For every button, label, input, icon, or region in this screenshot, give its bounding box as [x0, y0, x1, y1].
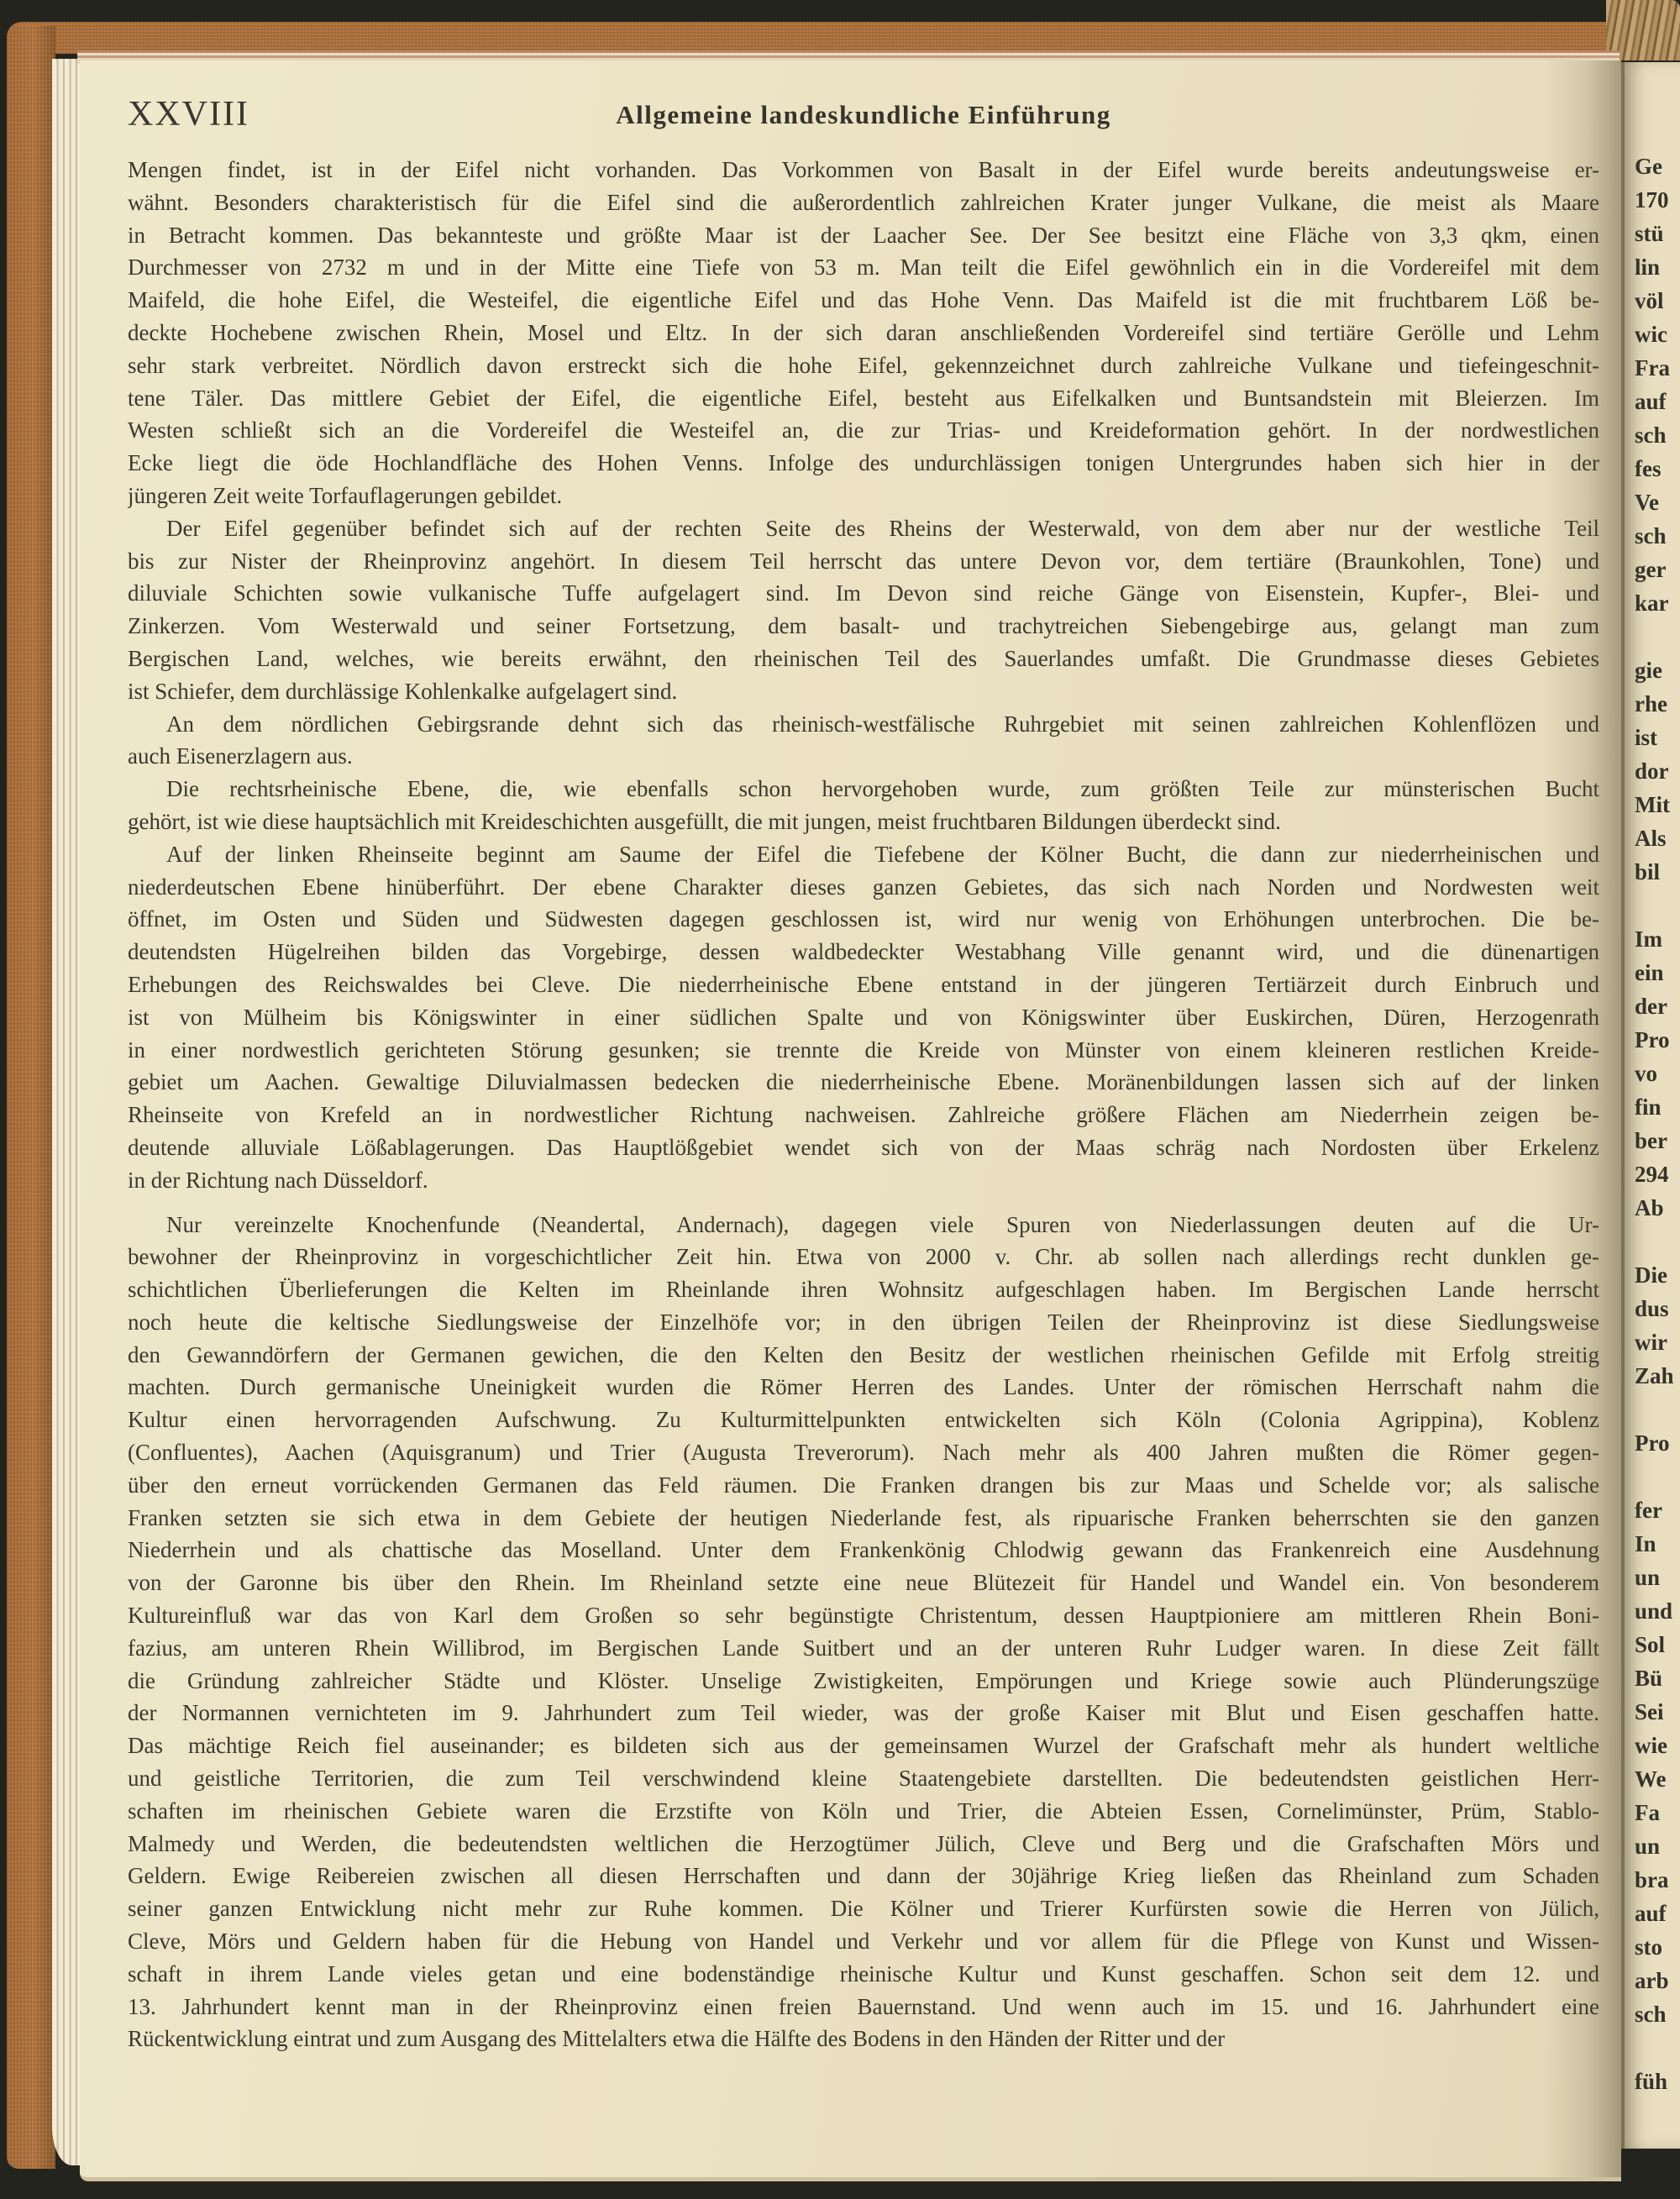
facing-text-fragment: un	[1635, 1829, 1680, 1863]
facing-text-fragment: arb	[1635, 1964, 1680, 1997]
text-line: fazius, am unteren Rhein Willibrod, im B…	[128, 1632, 1599, 1665]
facing-text-fragment: Zah	[1635, 1359, 1680, 1393]
text-line: Nur vereinzelte Knochenfunde (Neandertal…	[128, 1209, 1599, 1241]
text-line: noch heute die keltische Siedlungsweise …	[128, 1306, 1599, 1339]
facing-text-fragment: bil	[1635, 855, 1680, 889]
text-line: Durchmesser von 2732 m und in der Mitte …	[128, 251, 1599, 284]
text-line: (Confluentes), Aachen (Aquisgranum) und …	[128, 1436, 1599, 1469]
text-line: ist Schiefer, dem durchlässige Kohlenkal…	[128, 675, 1599, 708]
facing-text-fragment	[1635, 2031, 1680, 2065]
facing-text-fragment: Ve	[1635, 485, 1680, 519]
facing-text-fragment: Fra	[1635, 351, 1680, 385]
facing-text-fragment: rhe	[1635, 687, 1680, 721]
paragraph: Auf der linken Rheinseite beginnt am Sau…	[128, 838, 1599, 1197]
book-cover-top-edge	[7, 22, 1609, 54]
facing-text-fragment: sch	[1635, 519, 1680, 553]
facing-text-fragment: vo	[1635, 1057, 1680, 1090]
text-line: Malmedy und Werden, die bedeutendsten we…	[128, 1828, 1599, 1860]
facing-text-fragment: ber	[1635, 1124, 1680, 1157]
running-title: Allgemeine landeskundliche Einführung	[128, 94, 1599, 130]
paragraph: Mengen findet, ist in der Eifel nicht vo…	[128, 154, 1599, 512]
text-line: Auf der linken Rheinseite beginnt am Sau…	[128, 838, 1599, 871]
facing-text-fragment: Sei	[1635, 1695, 1680, 1729]
text-line: den Gewanndörfern der Germanen gewichen,…	[128, 1339, 1599, 1372]
text-line: gebiet um Aachen. Gewaltige Diluvialmass…	[128, 1066, 1599, 1099]
facing-text-fragment: auf	[1635, 1897, 1680, 1930]
text-line: die Gründung zahlreicher Städte und Klös…	[128, 1665, 1599, 1698]
facing-text-fragment: Sol	[1635, 1628, 1680, 1661]
facing-text-fragment: sch	[1635, 418, 1680, 452]
facing-text-fragment: stü	[1635, 217, 1680, 250]
facing-text-fragment: sch	[1635, 1997, 1680, 2031]
facing-page-strip: Ge170stülinvölwicFraaufschfesVeschgerkar…	[1621, 62, 1680, 2149]
facing-text-fragment: ist	[1635, 721, 1680, 754]
facing-text-fragment: ein	[1635, 956, 1680, 989]
text-line: jüngeren Zeit weite Torfauflagerungen ge…	[128, 480, 1599, 512]
facing-text-fragment: 294	[1635, 1157, 1680, 1191]
text-line: deutende alluviale Lößablagerungen. Das …	[128, 1131, 1599, 1164]
facing-text-fragment: kar	[1635, 586, 1680, 620]
text-line: schaft in ihrem Lande vieles getan und e…	[128, 1958, 1599, 1991]
facing-text-fragment: Ge	[1635, 150, 1680, 183]
main-text: Mengen findet, ist in der Eifel nicht vo…	[128, 154, 1599, 2055]
text-line: tene Täler. Das mittlere Gebiet der Eife…	[128, 382, 1599, 415]
facing-text-fragment: fin	[1635, 1090, 1680, 1124]
text-line: Maifeld, die hohe Eifel, die Westeifel, …	[128, 284, 1599, 317]
facing-text-fragment: völ	[1635, 284, 1680, 318]
facing-text-fragment: Die	[1635, 1258, 1680, 1292]
text-line: Mengen findet, ist in der Eifel nicht vo…	[128, 154, 1599, 186]
facing-text-fragment: Ab	[1635, 1191, 1680, 1225]
text-line: machten. Durch germanische Uneinigkeit w…	[128, 1371, 1599, 1404]
page-number: XXVIII	[128, 94, 249, 134]
facing-text-fragment	[1635, 620, 1680, 653]
text-line: auch Eisenerzlagern aus.	[128, 740, 1599, 773]
text-line: Die rechtsrheinische Ebene, die, wie ebe…	[128, 773, 1599, 806]
text-line: deutendsten Hügelreihen bilden das Vorge…	[128, 936, 1599, 968]
text-line: Bergischen Land, welches, wie bereits er…	[128, 643, 1599, 675]
text-line: Franken setzten sie sich etwa in dem Geb…	[128, 1502, 1599, 1535]
facing-text-fragment: Mit	[1635, 788, 1680, 821]
facing-text-fragment: dor	[1635, 754, 1680, 788]
text-line: bewohner der Rheinprovinz in vorgeschich…	[128, 1241, 1599, 1273]
facing-text-fragment: un	[1635, 1561, 1680, 1594]
facing-text-fragment: fer	[1635, 1493, 1680, 1527]
text-line: Der Eifel gegenüber befindet sich auf de…	[128, 512, 1599, 545]
facing-text-fragment: Pro	[1635, 1426, 1680, 1460]
text-line: niederdeutschen Ebene hinüberführt. Der …	[128, 871, 1599, 904]
facing-text-fragment: und	[1635, 1594, 1680, 1628]
facing-text-fragment: lin	[1635, 250, 1680, 284]
book-photo: { "page": { "number": "XXVIII", "title":…	[0, 0, 1680, 2199]
text-line: Cleve, Mörs und Geldern haben für die He…	[128, 1925, 1599, 1958]
facing-text-fragment	[1635, 1225, 1680, 1258]
facing-text-fragment: sto	[1635, 1930, 1680, 1964]
text-line: Kultur einen hervorragenden Aufschwung. …	[128, 1404, 1599, 1436]
book-cover-left-edge	[7, 25, 55, 2169]
facing-text-fragment: In	[1635, 1527, 1680, 1561]
text-line: Rheinseite von Krefeld an in nordwestlic…	[128, 1099, 1599, 1131]
paragraph: Die rechtsrheinische Ebene, die, wie ebe…	[128, 773, 1599, 838]
facing-text-fragment: Im	[1635, 922, 1680, 956]
text-line: Kultureinfluß war das von Karl dem Große…	[128, 1599, 1599, 1632]
text-line: schaften im rheinischen Gebiete waren di…	[128, 1795, 1599, 1828]
text-line: in einer nordwestlich gerichteten Störun…	[128, 1034, 1599, 1067]
text-line: An dem nördlichen Gebirgsrande dehnt sic…	[128, 708, 1599, 741]
facing-text-fragment: füh	[1635, 2065, 1680, 2098]
facing-text-fragment: fes	[1635, 452, 1680, 485]
facing-text-fragment: wir	[1635, 1325, 1680, 1359]
facing-text-fragment: auf	[1635, 385, 1680, 418]
text-line: in der Richtung nach Düsseldorf.	[128, 1164, 1599, 1197]
page-header: XXVIII Allgemeine landeskundliche Einfüh…	[128, 94, 1599, 138]
text-line: in Betracht kommen. Das bekannteste und …	[128, 219, 1599, 252]
facing-text-fragment: Pro	[1635, 1023, 1680, 1057]
facing-text-fragment: 170	[1635, 183, 1680, 217]
text-line: von der Garonne bis über den Rhein. Im R…	[128, 1567, 1599, 1599]
facing-text-fragment: dus	[1635, 1292, 1680, 1325]
text-line: sehr stark verbreitet. Nördlich davon er…	[128, 349, 1599, 382]
facing-text-fragment: wic	[1635, 318, 1680, 351]
facing-text-fragment: wie	[1635, 1729, 1680, 1762]
facing-text-fragment	[1635, 1393, 1680, 1426]
text-line: ist von Mülheim bis Königswinter in eine…	[128, 1001, 1599, 1034]
text-line: Niederrhein und als chattische das Mosel…	[128, 1534, 1599, 1567]
facing-text-fragment: der	[1635, 989, 1680, 1023]
facing-text-fragment: We	[1635, 1762, 1680, 1796]
paragraph: An dem nördlichen Gebirgsrande dehnt sic…	[128, 708, 1599, 774]
facing-text-fragment	[1635, 1460, 1680, 1493]
text-line: Rückentwicklung eintrat und zum Ausgang …	[128, 2023, 1599, 2055]
facing-text-fragment: gie	[1635, 653, 1680, 687]
text-line: wähnt. Besonders charakteristisch für di…	[128, 186, 1599, 219]
text-line: über den erneut vorrückenden Germanen da…	[128, 1469, 1599, 1502]
text-line: und geistliche Territorien, die zum Teil…	[128, 1762, 1599, 1795]
paragraph: Der Eifel gegenüber befindet sich auf de…	[128, 512, 1599, 708]
facing-text-fragment: Bü	[1635, 1661, 1680, 1695]
text-line: 13. Jahrhundert kennt man in der Rheinpr…	[128, 1991, 1599, 2023]
text-line: Geldern. Ewige Reibereien zwischen all d…	[128, 1860, 1599, 1892]
text-line: diluviale Schichten sowie vulkanische Tu…	[128, 577, 1599, 610]
facing-text-fragment: ger	[1635, 553, 1680, 586]
text-line: Westen schließt sich an die Vordereifel …	[128, 414, 1599, 447]
facing-page-text: Ge170stülinvölwicFraaufschfesVeschgerkar…	[1621, 62, 1680, 2098]
text-line: Zinkerzen. Vom Westerwald und seiner For…	[128, 610, 1599, 643]
gutter-shadow	[1544, 60, 1621, 2177]
text-line: der Normannen vernichteten im 9. Jahrhun…	[128, 1697, 1599, 1729]
facing-text-fragment: Als	[1635, 821, 1680, 855]
text-line: gehört, ist wie diese hauptsächlich mit …	[128, 806, 1599, 838]
facing-text-fragment: Fa	[1635, 1796, 1680, 1829]
text-line: Erhebungen des Reichswaldes bei Cleve. D…	[128, 968, 1599, 1001]
text-line: Das mächtige Reich fiel auseinander; es …	[128, 1729, 1599, 1762]
text-line: bis zur Nister der Rheinprovinz angehört…	[128, 545, 1599, 578]
paragraph: Nur vereinzelte Knochenfunde (Neandertal…	[128, 1209, 1599, 2056]
text-line: deckte Hochebene zwischen Rhein, Mosel u…	[128, 317, 1599, 349]
text-line: öffnet, im Osten und Süden und Südwesten…	[128, 903, 1599, 936]
text-line: schichtlichen Überlieferungen die Kelten…	[128, 1273, 1599, 1306]
facing-text-fragment: bra	[1635, 1863, 1680, 1897]
text-line: seiner ganzen Entwicklung nicht mehr zur…	[128, 1892, 1599, 1925]
text-line: Ecke liegt die öde Hochlandfläche des Ho…	[128, 447, 1599, 480]
facing-text-fragment	[1635, 889, 1680, 922]
